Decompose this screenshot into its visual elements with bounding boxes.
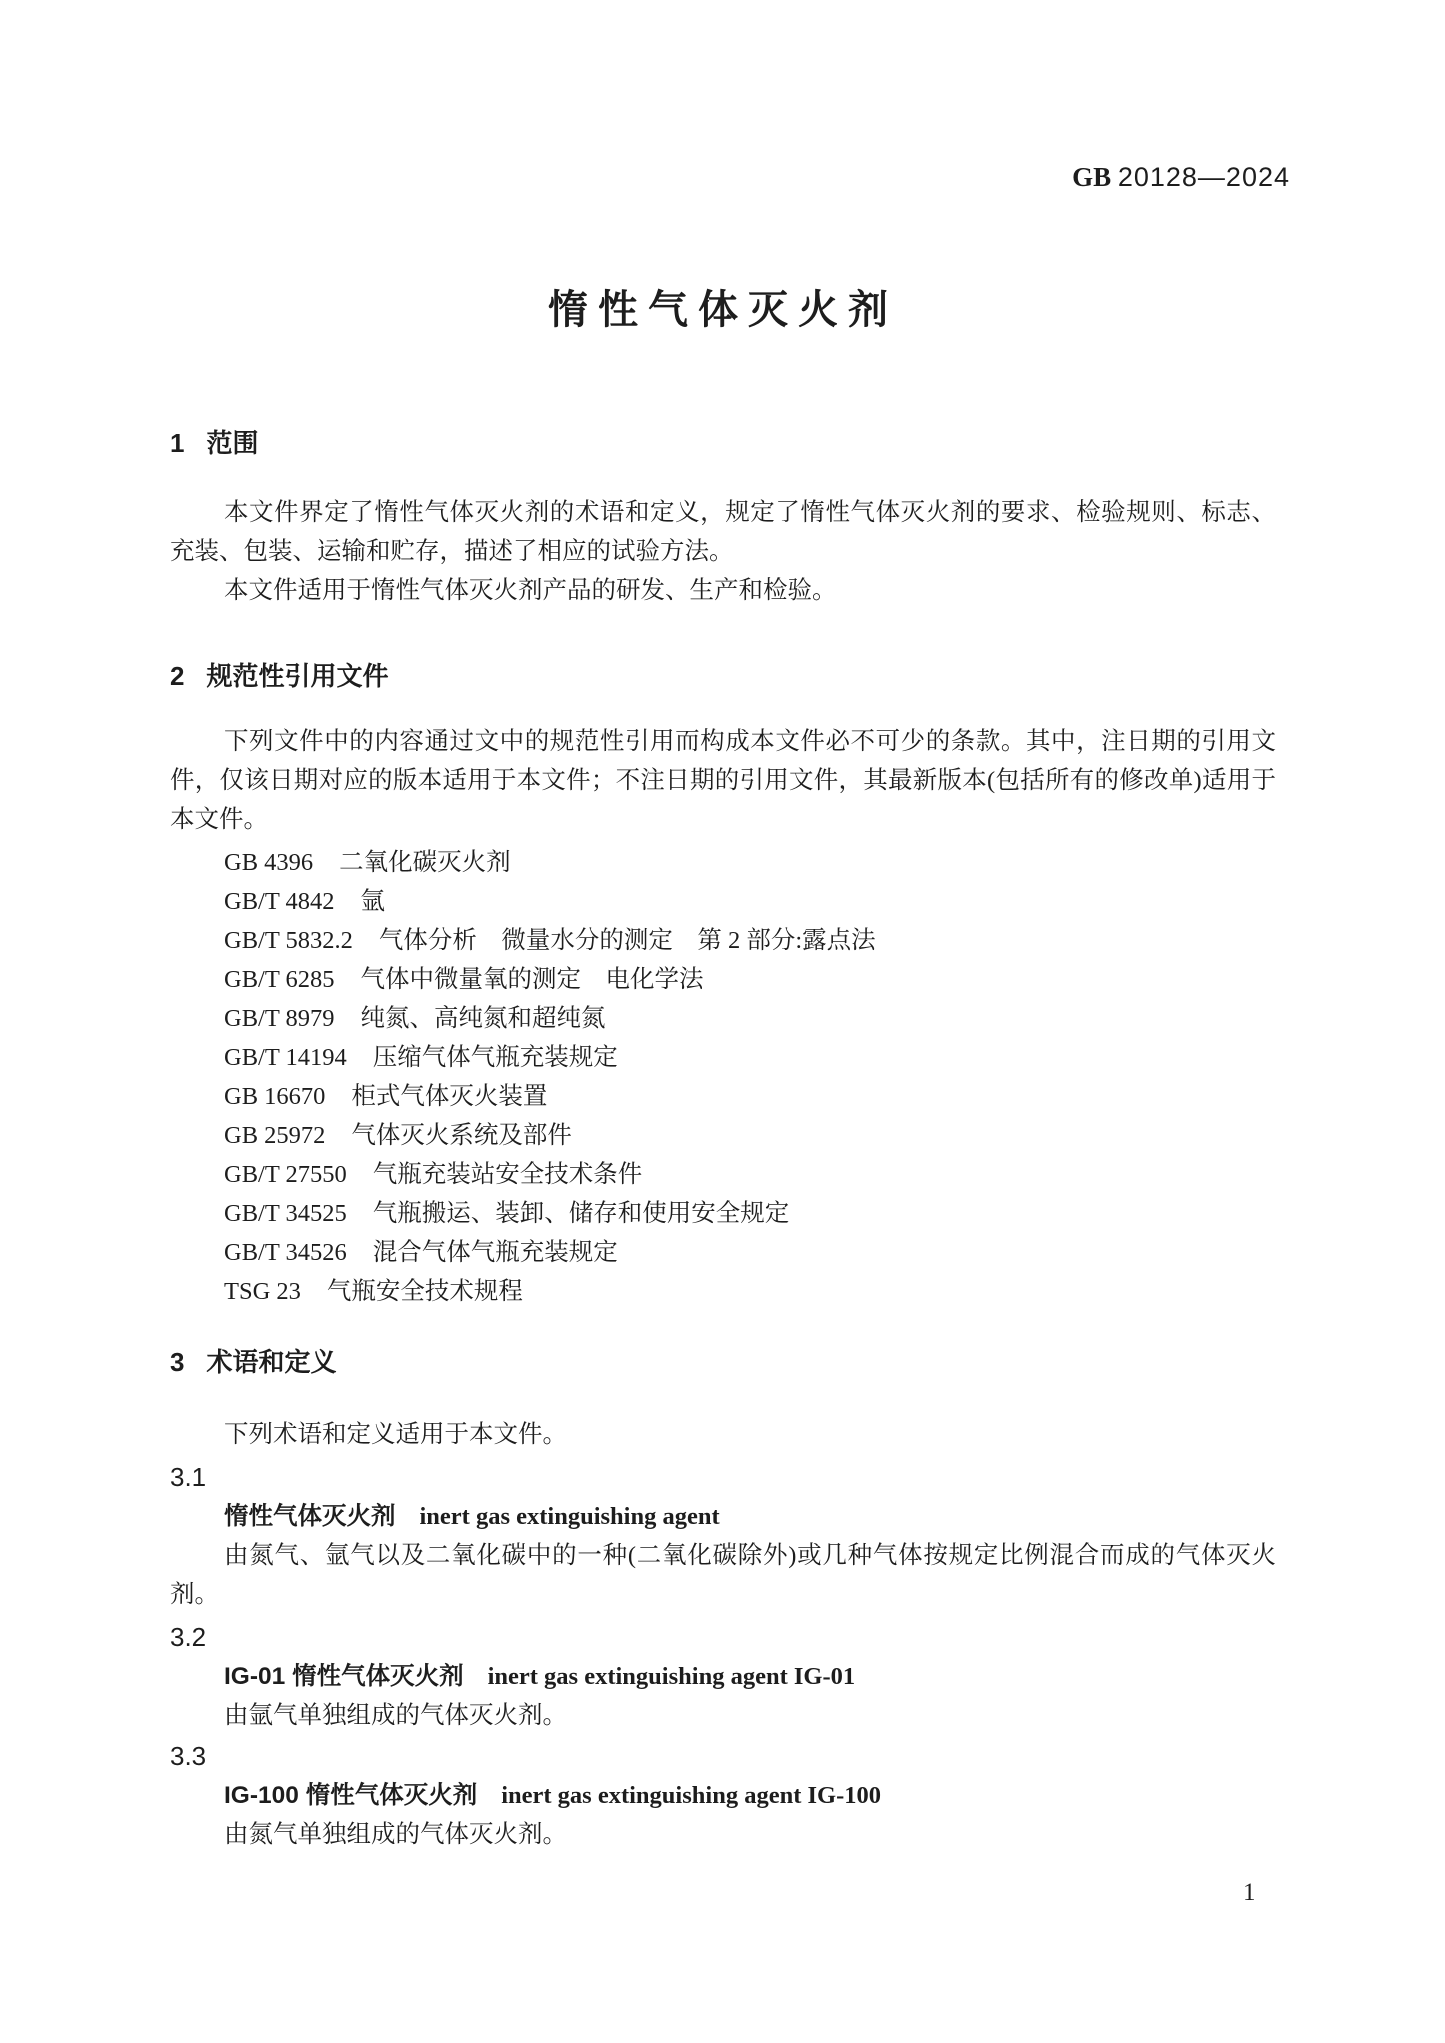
reference-title: 柜式气体灭火装置 xyxy=(351,1083,547,1110)
reference-code: GB 16670 xyxy=(224,1083,325,1110)
reference-title: 气瓶充装站安全技术条件 xyxy=(373,1161,643,1188)
section-1-heading: 1范围 xyxy=(170,424,1276,463)
reference-title: 纯氮、高纯氮和超纯氮 xyxy=(361,1005,606,1032)
term-3-2-heading: IG-01 惰性气体灭火剂inert gas extinguishing age… xyxy=(170,1657,1276,1696)
normative-references-list: GB 4396二氧化碳灭火剂 GB/T 4842氩 GB/T 5832.2气体分… xyxy=(170,843,1276,1311)
term-3-3-heading: IG-100 惰性气体灭火剂inert gas extinguishing ag… xyxy=(170,1776,1276,1815)
term-3-1-number: 3.1 xyxy=(170,1458,1276,1497)
reference-title: 气体灭火系统及部件 xyxy=(351,1122,572,1149)
section-3-number: 3 xyxy=(170,1347,184,1377)
document-title: 惰性气体灭火剂 xyxy=(170,0,1276,335)
scope-paragraph-1: 本文件界定了惰性气体灭火剂的术语和定义，规定了惰性气体灭火剂的要求、检验规则、标… xyxy=(170,493,1276,571)
page-number: 1 xyxy=(1243,1878,1256,1908)
reference-item: GB/T 6285气体中微量氧的测定 电化学法 xyxy=(224,960,1276,999)
reference-item: GB/T 34525气瓶搬运、装卸、储存和使用安全规定 xyxy=(224,1194,1276,1233)
reference-item: GB/T 8979纯氮、高纯氮和超纯氮 xyxy=(224,999,1276,1038)
section-1-title: 范围 xyxy=(206,428,258,458)
reference-item: GB/T 27550气瓶充装站安全技术条件 xyxy=(224,1155,1276,1194)
term-3-3-definition: 由氮气单独组成的气体灭火剂。 xyxy=(170,1815,1276,1854)
reference-code: TSG 23 xyxy=(224,1278,301,1305)
terms-intro: 下列术语和定义适用于本文件。 xyxy=(170,1415,1276,1454)
term-3-2-en: inert gas extinguishing agent IG-01 xyxy=(488,1663,856,1690)
reference-title: 压缩气体气瓶充装规定 xyxy=(373,1044,618,1071)
term-3-3-number: 3.3 xyxy=(170,1737,1276,1776)
reference-item: GB 4396二氧化碳灭火剂 xyxy=(224,843,1276,882)
term-3-3-en: inert gas extinguishing agent IG-100 xyxy=(501,1782,881,1809)
reference-title: 气体分析 微量水分的测定 第 2 部分:露点法 xyxy=(379,927,876,954)
section-3-title: 术语和定义 xyxy=(206,1347,336,1377)
reference-code: GB/T 34525 xyxy=(224,1200,347,1227)
term-3-1-en: inert gas extinguishing agent xyxy=(420,1503,720,1530)
reference-item: GB/T 34526混合气体气瓶充装规定 xyxy=(224,1233,1276,1272)
section-3-heading: 3术语和定义 xyxy=(170,1343,1276,1382)
term-3-1-heading: 惰性气体灭火剂inert gas extinguishing agent xyxy=(170,1497,1276,1536)
document-page: GB 20128—2024 惰性气体灭火剂 1范围 本文件界定了惰性气体灭火剂的… xyxy=(0,0,1445,2043)
reference-item: GB/T 4842氩 xyxy=(224,882,1276,921)
reference-title: 氩 xyxy=(361,888,386,915)
reference-title: 气体中微量氧的测定 电化学法 xyxy=(361,966,704,993)
reference-title: 二氧化碳灭火剂 xyxy=(339,849,511,876)
reference-title: 气瓶安全技术规程 xyxy=(327,1278,523,1305)
term-3-1-zh: 惰性气体灭火剂 xyxy=(224,1503,396,1530)
term-3-3-zh: IG-100 惰性气体灭火剂 xyxy=(224,1782,477,1809)
reference-title: 混合气体气瓶充装规定 xyxy=(373,1239,618,1266)
reference-title: 气瓶搬运、装卸、储存和使用安全规定 xyxy=(373,1200,790,1227)
reference-item: GB/T 14194压缩气体气瓶充装规定 xyxy=(224,1038,1276,1077)
term-3-2-definition: 由氩气单独组成的气体灭火剂。 xyxy=(170,1696,1276,1735)
term-3-2-number: 3.2 xyxy=(170,1618,1276,1657)
term-3-1-definition: 由氮气、氩气以及二氧化碳中的一种(二氧化碳除外)或几种气体按规定比例混合而成的气… xyxy=(170,1536,1276,1614)
term-3-2-zh: IG-01 惰性气体灭火剂 xyxy=(224,1663,464,1690)
section-2-number: 2 xyxy=(170,661,184,691)
page-content: 惰性气体灭火剂 1范围 本文件界定了惰性气体灭火剂的术语和定义，规定了惰性气体灭… xyxy=(170,0,1276,1854)
reference-code: GB/T 6285 xyxy=(224,966,335,993)
reference-code: GB/T 27550 xyxy=(224,1161,347,1188)
scope-paragraph-2: 本文件适用于惰性气体灭火剂产品的研发、生产和检验。 xyxy=(170,571,1276,610)
normative-references-intro: 下列文件中的内容通过文中的规范性引用而构成本文件必不可少的条款。其中，注日期的引… xyxy=(170,722,1276,839)
reference-code: GB 4396 xyxy=(224,849,313,876)
reference-code: GB 25972 xyxy=(224,1122,325,1149)
reference-item: GB 16670柜式气体灭火装置 xyxy=(224,1077,1276,1116)
reference-item: TSG 23气瓶安全技术规程 xyxy=(224,1272,1276,1311)
reference-code: GB/T 5832.2 xyxy=(224,927,353,954)
reference-item: GB/T 5832.2气体分析 微量水分的测定 第 2 部分:露点法 xyxy=(224,921,1276,960)
reference-item: GB 25972气体灭火系统及部件 xyxy=(224,1116,1276,1155)
section-1-number: 1 xyxy=(170,428,184,458)
reference-code: GB/T 4842 xyxy=(224,888,335,915)
reference-code: GB/T 34526 xyxy=(224,1239,347,1266)
reference-code: GB/T 8979 xyxy=(224,1005,335,1032)
section-2-heading: 2规范性引用文件 xyxy=(170,657,1276,696)
reference-code: GB/T 14194 xyxy=(224,1044,347,1071)
section-2-title: 规范性引用文件 xyxy=(206,661,388,691)
